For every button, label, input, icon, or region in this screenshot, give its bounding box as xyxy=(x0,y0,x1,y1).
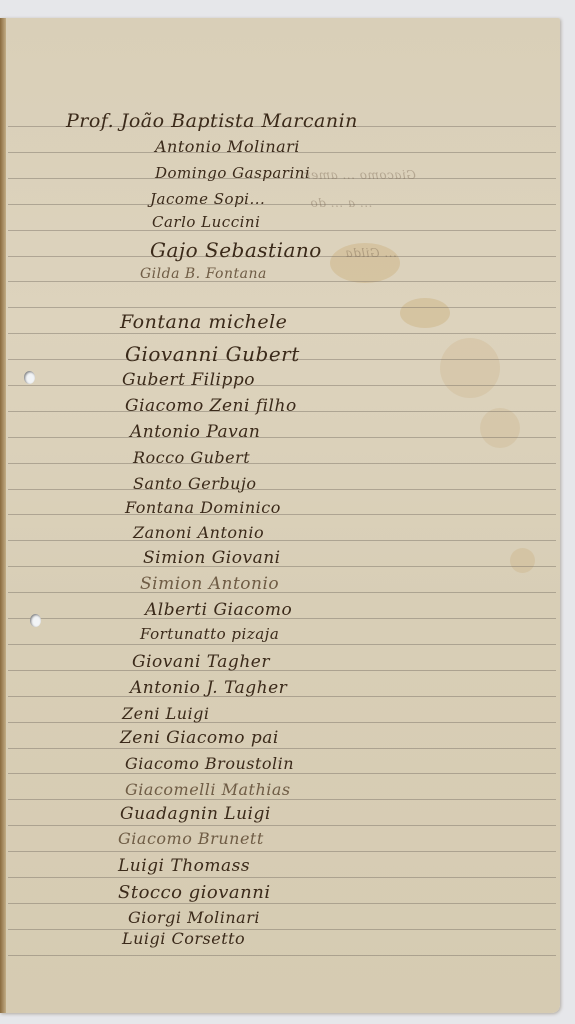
list-item: Simion Antonio xyxy=(140,574,279,594)
list-item: Gilda B. Fontana xyxy=(140,266,267,282)
list-item: Fontana michele xyxy=(120,311,287,333)
list-item: Zeni Luigi xyxy=(122,704,210,723)
list-item: Jacome Sopi... xyxy=(150,190,265,208)
list-item: Antonio J. Tagher xyxy=(130,678,287,698)
list-item: Zeni Giacomo pai xyxy=(120,728,279,748)
list-item: Gajo Sebastiano xyxy=(150,238,322,262)
list-item: Stocco giovanni xyxy=(118,882,271,903)
list-item: Antonio Molinari xyxy=(155,137,300,156)
list-item: Giovanni Gubert xyxy=(125,342,300,366)
list-item: Antonio Pavan xyxy=(130,422,260,442)
bleed-through-text: Giacomo ... ameri xyxy=(300,168,416,182)
list-item: Prof. João Baptista Marcanin xyxy=(66,110,358,132)
list-item: Zanoni Antonio xyxy=(133,523,264,542)
list-item: Giacomo Broustolin xyxy=(125,754,294,773)
list-item: Giovani Tagher xyxy=(132,652,270,672)
list-item: Giacomo Brunett xyxy=(118,829,264,848)
list-item: Simion Giovani xyxy=(143,548,281,568)
list-item: Giorgi Molinari xyxy=(128,908,260,927)
list-item: Luigi Thomass xyxy=(118,856,250,876)
list-item: Santo Gerbujo xyxy=(133,474,257,493)
list-item: Domingo Gasparini xyxy=(155,164,310,182)
list-item: Fontana Dominico xyxy=(125,498,281,517)
bleed-through-text: ... a ... do xyxy=(310,196,372,210)
name-list: Giacomo ... ameri ... a ... do ... Gilda… xyxy=(0,18,560,1013)
list-item: Luigi Corsetto xyxy=(122,929,245,948)
list-item: Carlo Luccini xyxy=(152,213,260,231)
list-item: Giacomelli Mathias xyxy=(125,780,291,799)
document-page: Giacomo ... ameri ... a ... do ... Gilda… xyxy=(0,18,560,1013)
bleed-through-text: ... Gilda xyxy=(345,246,397,260)
list-item: Rocco Gubert xyxy=(133,448,250,467)
list-item: Alberti Giacomo xyxy=(145,600,292,620)
list-item: Fortunatto pizaja xyxy=(140,625,279,643)
list-item: Guadagnin Luigi xyxy=(120,804,271,824)
list-item: Giacomo Zeni filho xyxy=(125,396,297,416)
list-item: Gubert Filippo xyxy=(122,370,255,390)
